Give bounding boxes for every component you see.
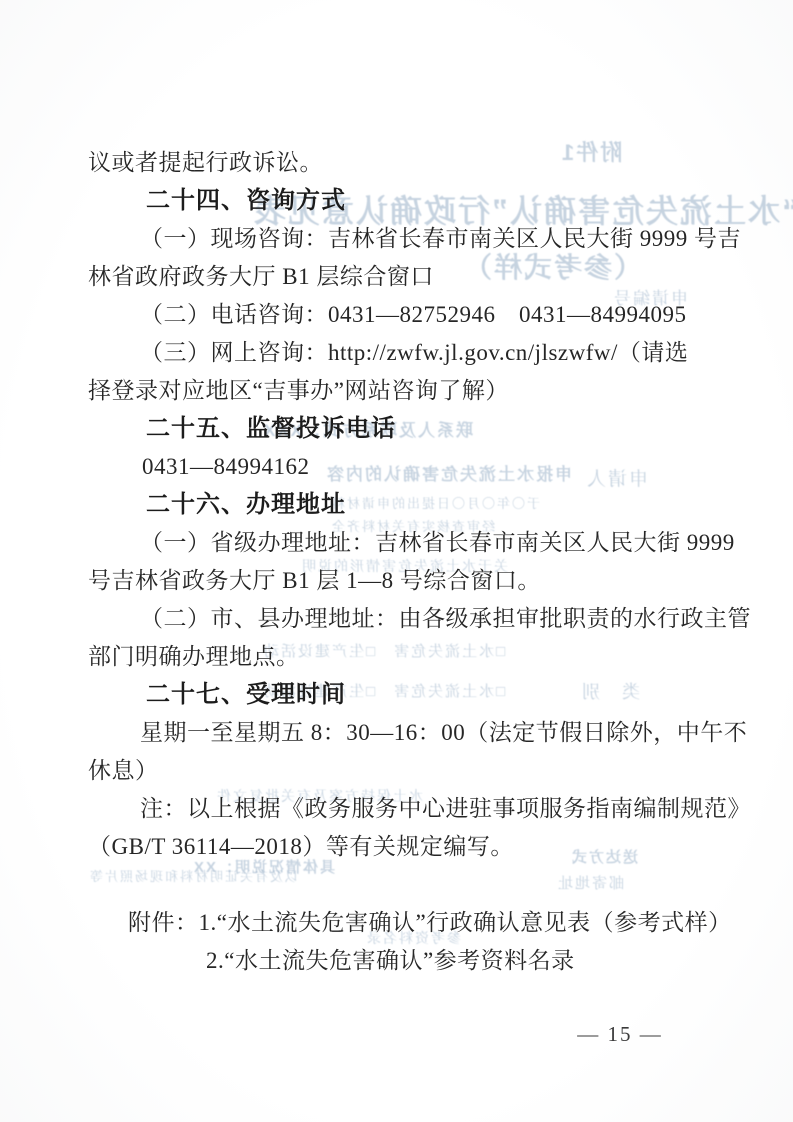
text-line <box>88 866 728 904</box>
text-line: 林省政府政务大厅 B1 层综合窗口 <box>88 258 728 296</box>
text-line: （一）省级办理地址：吉林省长春市南关区人民大街 9999 <box>88 524 728 562</box>
section-heading: 二十六、办理地址 <box>88 486 728 524</box>
text-line: 休息） <box>88 752 728 790</box>
text-line: （二）市、县办理地址：由各级承担审批职责的水行政主管 <box>88 600 728 638</box>
text-line: （GB/T 36114—2018）等有关规定编写。 <box>88 828 728 866</box>
page-number: — 15 — <box>565 1022 675 1047</box>
text-line: （二）电话咨询：0431—82752946 0431—84994095 <box>88 296 728 334</box>
section-heading: 二十七、受理时间 <box>88 676 728 714</box>
text-line: 议或者提起行政诉讼。 <box>88 144 728 182</box>
section-heading: 二十四、咨询方式 <box>88 182 728 220</box>
text-line: 部门明确办理地点。 <box>88 638 728 676</box>
text-line: 择登录对应地区“吉事办”网站咨询了解） <box>88 372 728 410</box>
document-lines: 议或者提起行政诉讼。二十四、咨询方式（一）现场咨询：吉林省长春市南关区人民大街 … <box>88 144 728 980</box>
text-line: 注：以上根据《政务服务中心进驻事项服务指南编制规范》 <box>88 790 728 828</box>
text-line: 号吉林省政务大厅 B1 层 1—8 号综合窗口。 <box>88 562 728 600</box>
text-line: 附件：1.“水土流失危害确认”行政确认意见表（参考式样） <box>88 904 728 942</box>
text-line: 0431—84994162 <box>88 448 728 486</box>
scanned-document-page: 附件1“水土流失危害确认”行政确认意见表（参考式样）申请编号联系人及联系方式：X… <box>0 0 793 1122</box>
text-line: 2.“水土流失危害确认”参考资料名录 <box>88 942 728 980</box>
text-line: （三）网上咨询：http://zwfw.jl.gov.cn/jlszwfw/（请… <box>88 334 728 372</box>
text-line: 星期一至星期五 8：30—16：00（法定节假日除外，中午不 <box>88 714 728 752</box>
text-line: （一）现场咨询：吉林省长春市南关区人民大街 9999 号吉 <box>88 220 728 258</box>
section-heading: 二十五、监督投诉电话 <box>88 410 728 448</box>
